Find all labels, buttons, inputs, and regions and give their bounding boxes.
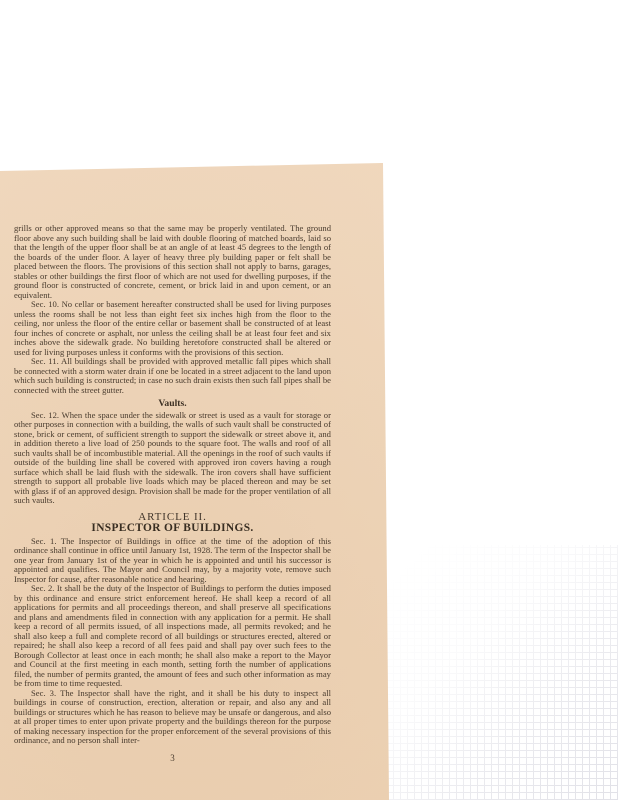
- scan-canvas: grills or other approved means so that t…: [0, 0, 618, 800]
- paragraph-continued-from-previous-page: grills or other approved means so that t…: [14, 224, 331, 300]
- section-11-paragraph: Sec. 11. All buildings shall be provided…: [14, 357, 331, 395]
- page-text-column: grills or other approved means so that t…: [14, 224, 331, 763]
- section-3-paragraph: Sec. 3. The Inspector shall have the rig…: [14, 689, 331, 746]
- vaults-heading: Vaults.: [14, 399, 331, 409]
- page-number: 3: [14, 754, 331, 764]
- section-2-paragraph: Sec. 2. It shall be the duty of the Insp…: [14, 584, 331, 689]
- article-ii-heading: ARTICLE II.: [14, 513, 331, 523]
- section-1-paragraph: Sec. 1. The Inspector of Buildings in of…: [14, 537, 331, 585]
- section-12-paragraph: Sec. 12. When the space under the sidewa…: [14, 411, 331, 506]
- inspector-of-buildings-heading: INSPECTOR OF BUILDINGS.: [14, 524, 331, 534]
- section-10-paragraph: Sec. 10. No cellar or basement hereafter…: [14, 300, 331, 357]
- graph-paper-texture: [358, 545, 618, 800]
